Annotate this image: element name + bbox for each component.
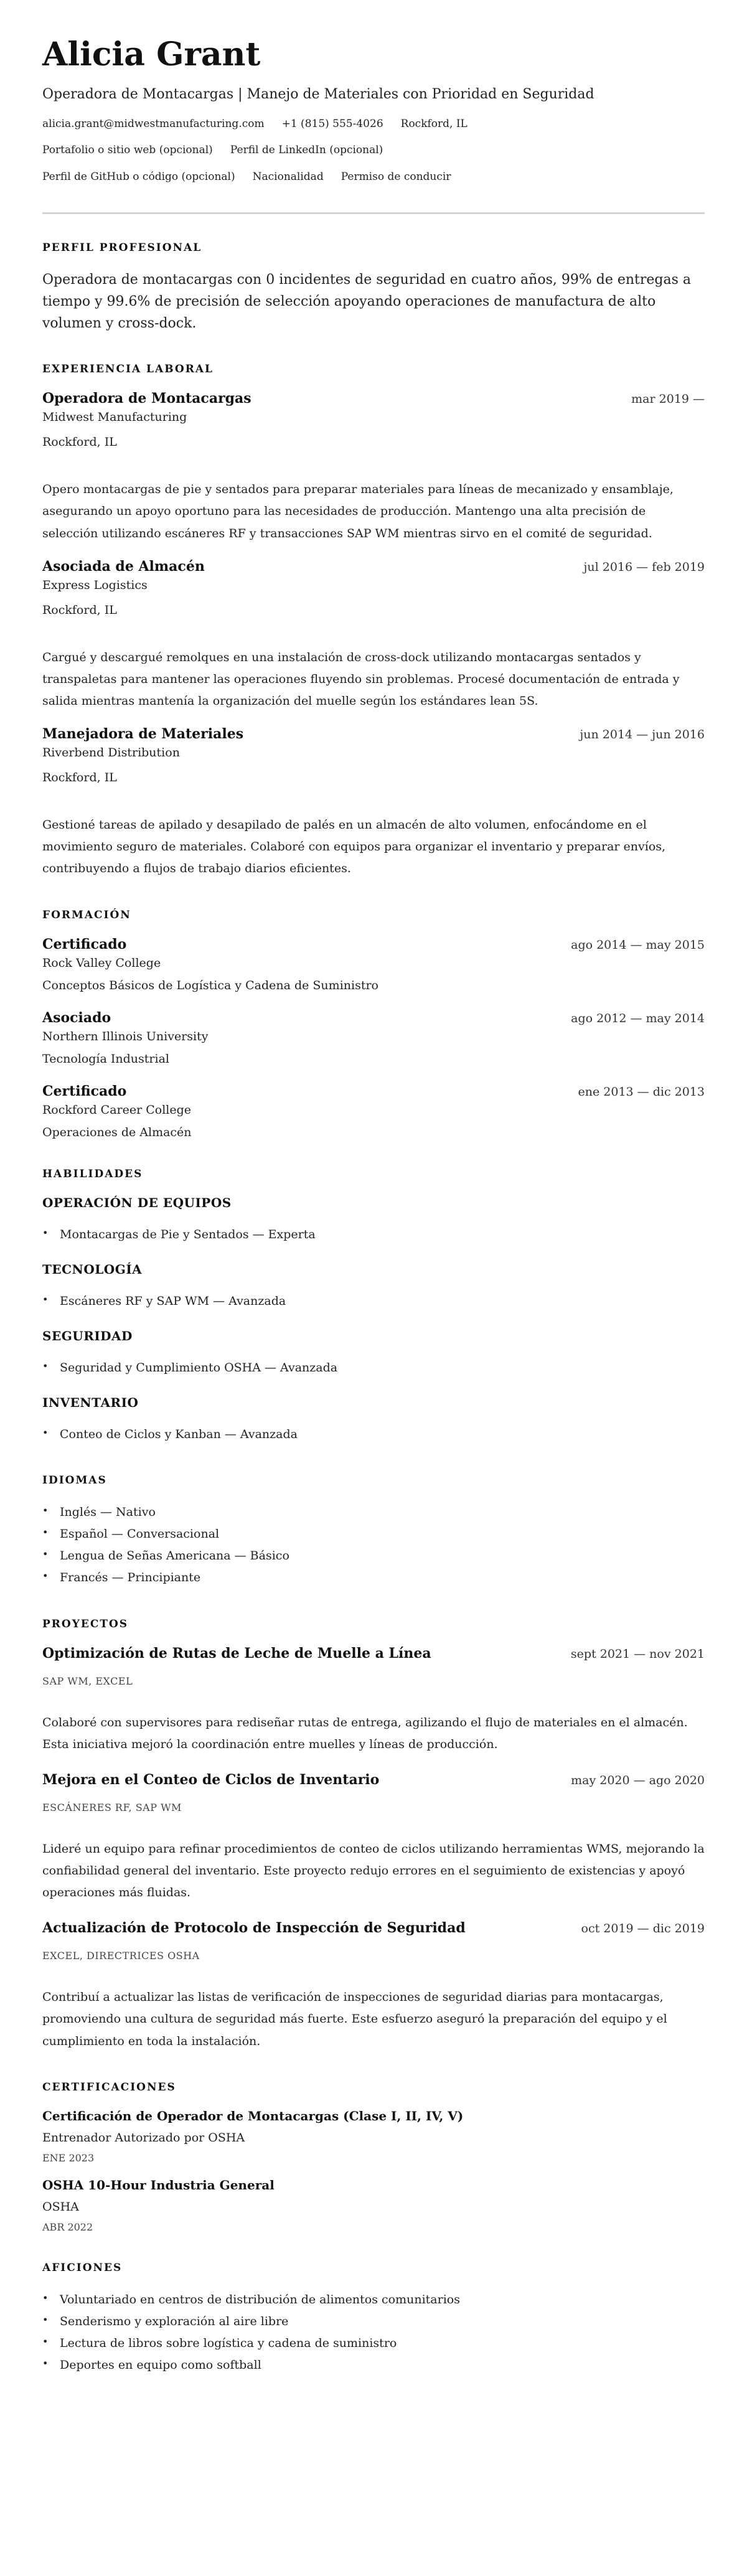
skill-category: INVENTARIO	[42, 1395, 705, 1410]
skill-item: Conteo de Ciclos y Kanban — Avanzada	[42, 1424, 705, 1445]
skills-section: Habilidades OPERACIÓN DE EQUIPOSMontacar…	[42, 1168, 705, 1446]
project-tech: SAP WM, EXCEL	[42, 1675, 705, 1687]
hobbies-list: Voluntariado en centros de distribución …	[42, 2289, 705, 2377]
skill-group: TECNOLOGÍAEscáneres RF y SAP WM — Avanza…	[42, 1262, 705, 1312]
entry-header: Asociada de Almacénjul 2016 — feb 2019	[42, 558, 705, 575]
languages-section: Idiomas Inglés — NativoEspañol — Convers…	[42, 1474, 705, 1589]
header-divider	[42, 212, 705, 214]
project-description: Colaboré con supervisores para rediseñar…	[42, 1712, 705, 1756]
project-description: Lideré un equipo para refinar procedimie…	[42, 1838, 705, 1904]
section-title: Formación	[42, 909, 705, 921]
contact-info: alicia.grant@midwestmanufacturing.com+1 …	[42, 117, 705, 183]
project-tech: ESCÁNERES RF, SAP WM	[42, 1802, 705, 1813]
education-dates: ago 2014 — may 2015	[571, 938, 705, 952]
contact-location: Rockford, IL	[401, 118, 467, 130]
project-dates: sept 2021 — nov 2021	[571, 1647, 705, 1661]
portfolio-link[interactable]: Portafolio o sitio web (opcional)	[42, 144, 213, 156]
certification-name: OSHA 10-Hour Industria General	[42, 2178, 705, 2193]
skill-category: OPERACIÓN DE EQUIPOS	[42, 1195, 705, 1210]
skill-group: OPERACIÓN DE EQUIPOSMontacargas de Pie y…	[42, 1195, 705, 1246]
education-dates: ene 2013 — dic 2013	[578, 1085, 705, 1099]
candidate-name: Alicia Grant	[42, 36, 705, 73]
section-title: Habilidades	[42, 1168, 705, 1180]
hobby-item: Deportes en equipo como softball	[42, 2354, 705, 2376]
entry-header: Asociadoago 2012 — may 2014	[42, 1010, 705, 1026]
job-description: Cargué y descargué remolques en una inst…	[42, 647, 705, 712]
certification-entry: Certificación de Operador de Montacargas…	[42, 2108, 705, 2164]
section-title: Perfil Profesional	[42, 242, 705, 254]
drivers-license: Permiso de conducir	[341, 171, 451, 183]
projects-list: Optimización de Rutas de Leche de Muelle…	[42, 1645, 705, 2052]
skill-category: SEGURIDAD	[42, 1328, 705, 1343]
project-name: Mejora en el Conteo de Ciclos de Inventa…	[42, 1772, 379, 1788]
skill-list: Seguridad y Cumplimiento OSHA — Avanzada	[42, 1357, 705, 1379]
job-description: Gestioné tareas de apilado y desapilado …	[42, 814, 705, 880]
experience-entry: Asociada de Almacénjul 2016 — feb 2019Ex…	[42, 558, 705, 712]
company-name: Riverbend Distribution	[42, 746, 705, 759]
section-title: Proyectos	[42, 1618, 705, 1630]
school-name: Rock Valley College	[42, 956, 705, 970]
summary-section: Perfil Profesional Operadora de montacar…	[42, 242, 705, 335]
school-name: Northern Illinois University	[42, 1030, 705, 1043]
project-dates: oct 2019 — dic 2019	[581, 1922, 705, 1935]
field-of-study: Operaciones de Almacén	[42, 1126, 705, 1139]
certifications-list: Certificación de Operador de Montacargas…	[42, 2108, 705, 2233]
certification-name: Certificación de Operador de Montacargas…	[42, 2108, 705, 2123]
section-title: Idiomas	[42, 1474, 705, 1487]
headline: Operadora de Montacargas | Manejo de Mat…	[42, 86, 705, 104]
project-description: Contribuí a actualizar las listas de ver…	[42, 1986, 705, 2052]
experience-list: Operadora de Montacargasmar 2019 —Midwes…	[42, 390, 705, 880]
project-tech: EXCEL, DIRECTRICES OSHA	[42, 1950, 705, 1962]
skill-list: Escáneres RF y SAP WM — Avanzada	[42, 1290, 705, 1312]
entry-header: Actualización de Protocolo de Inspección…	[42, 1920, 705, 1936]
contact-row: Portafolio o sitio web (opcional)Perfil …	[42, 143, 705, 157]
job-location: Rockford, IL	[42, 771, 705, 784]
contact-email[interactable]: alicia.grant@midwestmanufacturing.com	[42, 118, 265, 130]
education-entry: Certificadoene 2013 — dic 2013Rockford C…	[42, 1083, 705, 1139]
hobbies-section: Aficiones Voluntariado en centros de dis…	[42, 2262, 705, 2377]
summary-text: Operadora de montacargas con 0 incidente…	[42, 269, 705, 335]
entry-header: Certificadoago 2014 — may 2015	[42, 936, 705, 952]
skill-item: Seguridad y Cumplimiento OSHA — Avanzada	[42, 1357, 705, 1379]
job-description: Opero montacargas de pie y sentados para…	[42, 479, 705, 544]
certifications-section: Certificaciones Certificación de Operado…	[42, 2081, 705, 2233]
skill-list: Conteo de Ciclos y Kanban — Avanzada	[42, 1424, 705, 1445]
entry-header: Mejora en el Conteo de Ciclos de Inventa…	[42, 1772, 705, 1788]
field-of-study: Conceptos Básicos de Logística y Cadena …	[42, 979, 705, 992]
project-dates: may 2020 — ago 2020	[571, 1774, 705, 1787]
job-title: Operadora de Montacargas	[42, 390, 251, 407]
education-entry: Asociadoago 2012 — may 2014Northern Illi…	[42, 1010, 705, 1066]
field-of-study: Tecnología Industrial	[42, 1052, 705, 1066]
entry-header: Certificadoene 2013 — dic 2013	[42, 1083, 705, 1099]
contact-row: Perfil de GitHub o código (opcional)Naci…	[42, 170, 705, 184]
entry-header: Manejadora de Materialesjun 2014 — jun 2…	[42, 726, 705, 742]
project-name: Optimización de Rutas de Leche de Muelle…	[42, 1645, 431, 1662]
contact-phone[interactable]: +1 (815) 555-4026	[282, 118, 383, 130]
resume-page: Alicia Grant Operadora de Montacargas | …	[0, 0, 747, 2430]
education-entry: Certificadoago 2014 — may 2015Rock Valle…	[42, 936, 705, 992]
certification-issuer: OSHA	[42, 2200, 705, 2214]
certification-entry: OSHA 10-Hour Industria GeneralOSHAABR 20…	[42, 2178, 705, 2233]
skill-item: Escáneres RF y SAP WM — Avanzada	[42, 1290, 705, 1312]
hobby-item: Lectura de libros sobre logística y cade…	[42, 2333, 705, 2354]
experience-entry: Manejadora de Materialesjun 2014 — jun 2…	[42, 726, 705, 880]
language-item: Francés — Principiante	[42, 1567, 705, 1589]
projects-section: Proyectos Optimización de Rutas de Leche…	[42, 1618, 705, 2052]
job-location: Rockford, IL	[42, 435, 705, 449]
education-dates: ago 2012 — may 2014	[571, 1012, 705, 1025]
section-title: Experiencia Laboral	[42, 363, 705, 375]
github-link[interactable]: Perfil de GitHub o código (opcional)	[42, 171, 235, 183]
degree: Certificado	[42, 1083, 126, 1099]
skill-group: INVENTARIOConteo de Ciclos y Kanban — Av…	[42, 1395, 705, 1445]
school-name: Rockford Career College	[42, 1103, 705, 1117]
resume-header: Alicia Grant Operadora de Montacargas | …	[42, 36, 705, 184]
section-title: Aficiones	[42, 2262, 705, 2274]
project-entry: Optimización de Rutas de Leche de Muelle…	[42, 1645, 705, 1756]
job-dates: jun 2014 — jun 2016	[580, 728, 705, 741]
language-item: Lengua de Señas Americana — Básico	[42, 1545, 705, 1567]
project-entry: Actualización de Protocolo de Inspección…	[42, 1920, 705, 2052]
skill-list: Montacargas de Pie y Sentados — Experta	[42, 1224, 705, 1246]
language-item: Español — Conversacional	[42, 1523, 705, 1545]
experience-entry: Operadora de Montacargasmar 2019 —Midwes…	[42, 390, 705, 544]
certification-date: ENE 2023	[42, 2152, 705, 2164]
project-entry: Mejora en el Conteo de Ciclos de Inventa…	[42, 1772, 705, 1904]
nationality: Nacionalidad	[253, 171, 324, 183]
job-dates: jul 2016 — feb 2019	[583, 560, 705, 574]
certification-issuer: Entrenador Autorizado por OSHA	[42, 2131, 705, 2145]
entry-header: Operadora de Montacargasmar 2019 —	[42, 390, 705, 407]
skill-item: Montacargas de Pie y Sentados — Experta	[42, 1224, 705, 1246]
project-name: Actualización de Protocolo de Inspección…	[42, 1920, 466, 1936]
experience-section: Experiencia Laboral Operadora de Montaca…	[42, 363, 705, 880]
skills-list: OPERACIÓN DE EQUIPOSMontacargas de Pie y…	[42, 1195, 705, 1446]
linkedin-link[interactable]: Perfil de LinkedIn (opcional)	[230, 144, 383, 156]
skill-category: TECNOLOGÍA	[42, 1262, 705, 1277]
hobby-item: Senderismo y exploración al aire libre	[42, 2311, 705, 2333]
company-name: Midwest Manufacturing	[42, 410, 705, 424]
entry-header: Optimización de Rutas de Leche de Muelle…	[42, 1645, 705, 1662]
job-location: Rockford, IL	[42, 603, 705, 617]
job-dates: mar 2019 —	[631, 392, 705, 406]
language-item: Inglés — Nativo	[42, 1502, 705, 1523]
contact-row: alicia.grant@midwestmanufacturing.com+1 …	[42, 117, 705, 131]
section-title: Certificaciones	[42, 2081, 705, 2094]
skill-group: SEGURIDADSeguridad y Cumplimiento OSHA —…	[42, 1328, 705, 1379]
job-title: Manejadora de Materiales	[42, 726, 243, 742]
degree: Asociado	[42, 1010, 111, 1026]
degree: Certificado	[42, 936, 126, 952]
company-name: Express Logistics	[42, 578, 705, 592]
education-list: Certificadoago 2014 — may 2015Rock Valle…	[42, 936, 705, 1139]
education-section: Formación Certificadoago 2014 — may 2015…	[42, 909, 705, 1139]
certification-date: ABR 2022	[42, 2221, 705, 2233]
languages-list: Inglés — NativoEspañol — ConversacionalL…	[42, 1502, 705, 1589]
job-title: Asociada de Almacén	[42, 558, 205, 575]
hobby-item: Voluntariado en centros de distribución …	[42, 2289, 705, 2311]
